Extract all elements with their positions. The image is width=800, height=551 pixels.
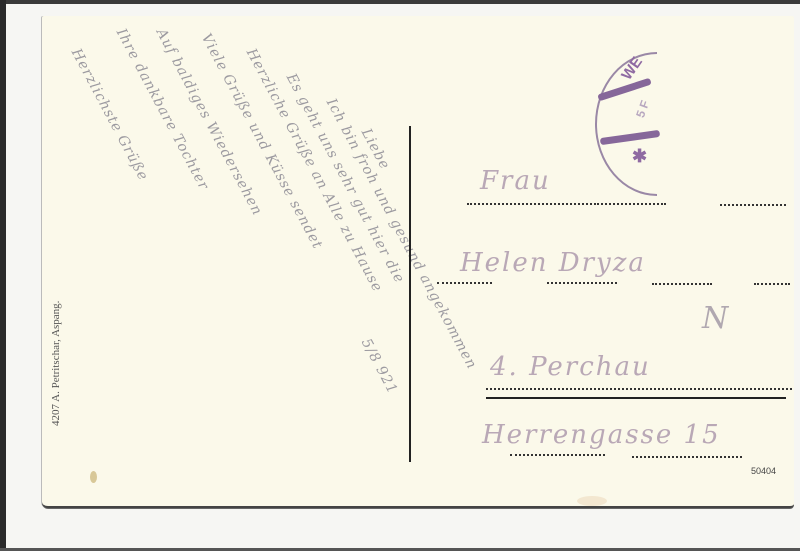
address-dots — [632, 456, 742, 458]
center-divider — [409, 126, 411, 462]
address-dots — [547, 282, 617, 284]
stain — [90, 471, 97, 483]
postcard: Herzlichste Grüße Ihre dankbare Tochter … — [42, 16, 794, 508]
print-code: 50404 — [751, 466, 776, 476]
address-line-3: 4. Perchau — [490, 352, 651, 382]
address-dots — [467, 203, 592, 205]
message-date: 5/8 921 — [358, 336, 401, 397]
address-line-4: Herrengasse 15 — [482, 420, 721, 450]
stain — [577, 496, 607, 506]
address-dots — [652, 283, 712, 285]
message-line: Es geht uns sehr gut hier die — [283, 71, 408, 286]
scan-border-left — [0, 0, 6, 551]
address-dots — [754, 283, 790, 285]
address-underline — [486, 397, 786, 399]
scan-border-top — [0, 0, 800, 4]
address-dots — [486, 388, 792, 390]
address-dots — [594, 203, 666, 205]
postmark-circle — [595, 52, 719, 196]
address-annotation: N — [702, 301, 728, 336]
address-dots — [510, 454, 605, 456]
address-dots — [437, 282, 492, 284]
publisher-imprint: 4207 A. Petritschar, Aspang. — [50, 301, 62, 426]
address-dots — [720, 204, 786, 206]
address-line-1: Frau — [480, 166, 551, 196]
postmark-star-icon: ✱ — [632, 146, 647, 167]
address-line-2: Helen Dryza — [460, 248, 646, 278]
